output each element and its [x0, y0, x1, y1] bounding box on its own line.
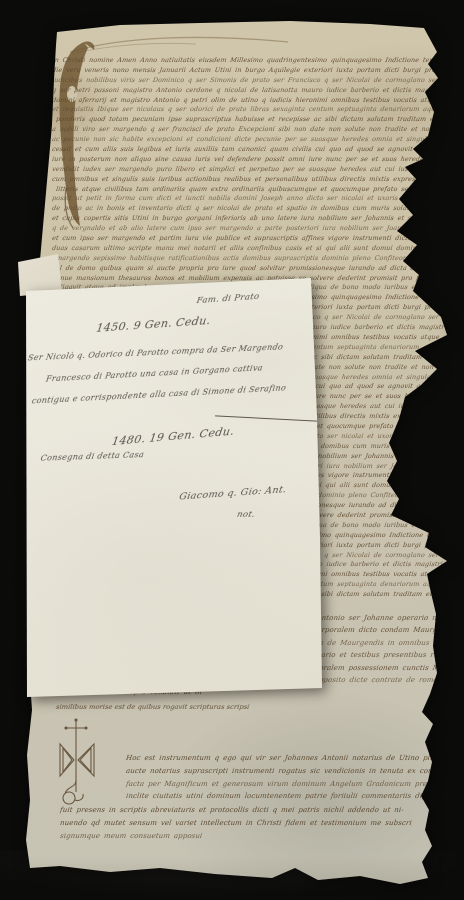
script-line: ponderis quod totam pecuniam ipse supras…	[51, 115, 444, 125]
notary-signum-mark	[54, 716, 102, 812]
entry2-date: 1480. 19 Gen. Cedu.	[111, 425, 235, 448]
script-line: cessit et cum aliis suis legibus et iuri…	[51, 145, 444, 155]
annotation-slip: Fam. di Prato 1450. 9 Gen. Cedu. Ser Nic…	[25, 276, 325, 700]
script-line: Hoc est instrumentum q ego qui vir ser J…	[125, 752, 433, 765]
script-line: signumque meum consuetum apposui	[59, 830, 237, 843]
script-line: aucte notarius suprascripti instrumenti …	[125, 765, 433, 778]
entry1-date: 1450. 9 Gen. Cedu.	[95, 314, 211, 335]
script-line: ac pecunie non sic habite excepcioni et …	[51, 135, 444, 145]
script-line: et cum ipso ser margendo et partim iura …	[51, 234, 444, 244]
script-line: fuit presens in scriptis abreviaturis et…	[59, 804, 433, 817]
script-line: q ser petri passoni magistro Antonio cer…	[51, 86, 444, 96]
script-line: et requisitis Ibique ser nicolaus q ser …	[51, 105, 444, 115]
annotation-slip-paper: Fam. di Prato 1450. 9 Gen. Cedu. Ser Nic…	[25, 276, 325, 700]
script-line: q de vergnaldo et ab alio latere cum ips…	[51, 224, 444, 234]
entry2-line: Consegna di detta Casa	[40, 450, 145, 463]
archive-photo: In Christi nomine Amen Anno natiuitatis …	[0, 0, 464, 900]
entry1-line-2: Francesco di Parotto una casa in Gorgano…	[45, 363, 263, 383]
notary-subscription-indented: Hoc est instrumentum q ego qui vir ser J…	[126, 752, 432, 803]
script-line: iudicibus nobilibus viris ser Dominico q…	[51, 76, 444, 86]
script-line: possit ut petit in forma cum dicti et iu…	[51, 194, 444, 204]
script-line: a nobili viro ser margendo q ser francis…	[51, 125, 444, 135]
entry1-line-3: contigua e corrispondente alla casa di S…	[31, 383, 287, 405]
notary-signature: Giacomo q. Gio: Ant.	[178, 484, 287, 502]
script-line: In Christi nomine Amen Anno natiuitatis …	[51, 56, 444, 66]
script-line: litteris atque civilibus tam ordinariis …	[51, 185, 444, 195]
script-line: die vero veneris nono mensis Januarii Ac…	[51, 66, 444, 76]
entry1-underline	[215, 415, 317, 422]
family-label: Fam. di Prato	[196, 292, 260, 306]
script-line: facta per Magnificum et generosum virum …	[125, 778, 433, 791]
notary-subscription-full: fuit presens in scriptis abreviaturis et…	[60, 804, 432, 843]
script-line: domini aferrarij et magistro Antonio q p…	[51, 96, 444, 106]
initial-flourish-stroke	[64, 30, 294, 58]
script-line: vel de domo quibus quam si aucte propria…	[51, 264, 444, 274]
script-line: duas casarum ultimo scripte manu mei not…	[51, 244, 444, 254]
script-line: margendo sepissime habitisque ratificati…	[51, 254, 444, 264]
entry1-line-1: Ser Nicolò q. Odorico di Parotto compra …	[27, 342, 284, 362]
script-line: cum omnibus et singulis suis iuribus act…	[51, 175, 444, 185]
script-line: inclite ciuitatis utini dominum locumten…	[125, 790, 433, 803]
manuscript-closing-line: similibus morise est de quibus rogavit s…	[55, 702, 256, 712]
script-line: iure in posterum non aliquo sine causa i…	[51, 155, 444, 165]
script-line: nuendo qd mutet sensum vel variet intell…	[59, 817, 413, 830]
script-line: et cupis copertis sitis Utini in burgo g…	[51, 214, 444, 224]
notary-signature-title: not.	[236, 510, 256, 520]
script-line: de prato ac in bonis et inventario dicti…	[51, 204, 444, 214]
script-line: vendidit iudex ser margendo puro libero …	[51, 165, 444, 175]
